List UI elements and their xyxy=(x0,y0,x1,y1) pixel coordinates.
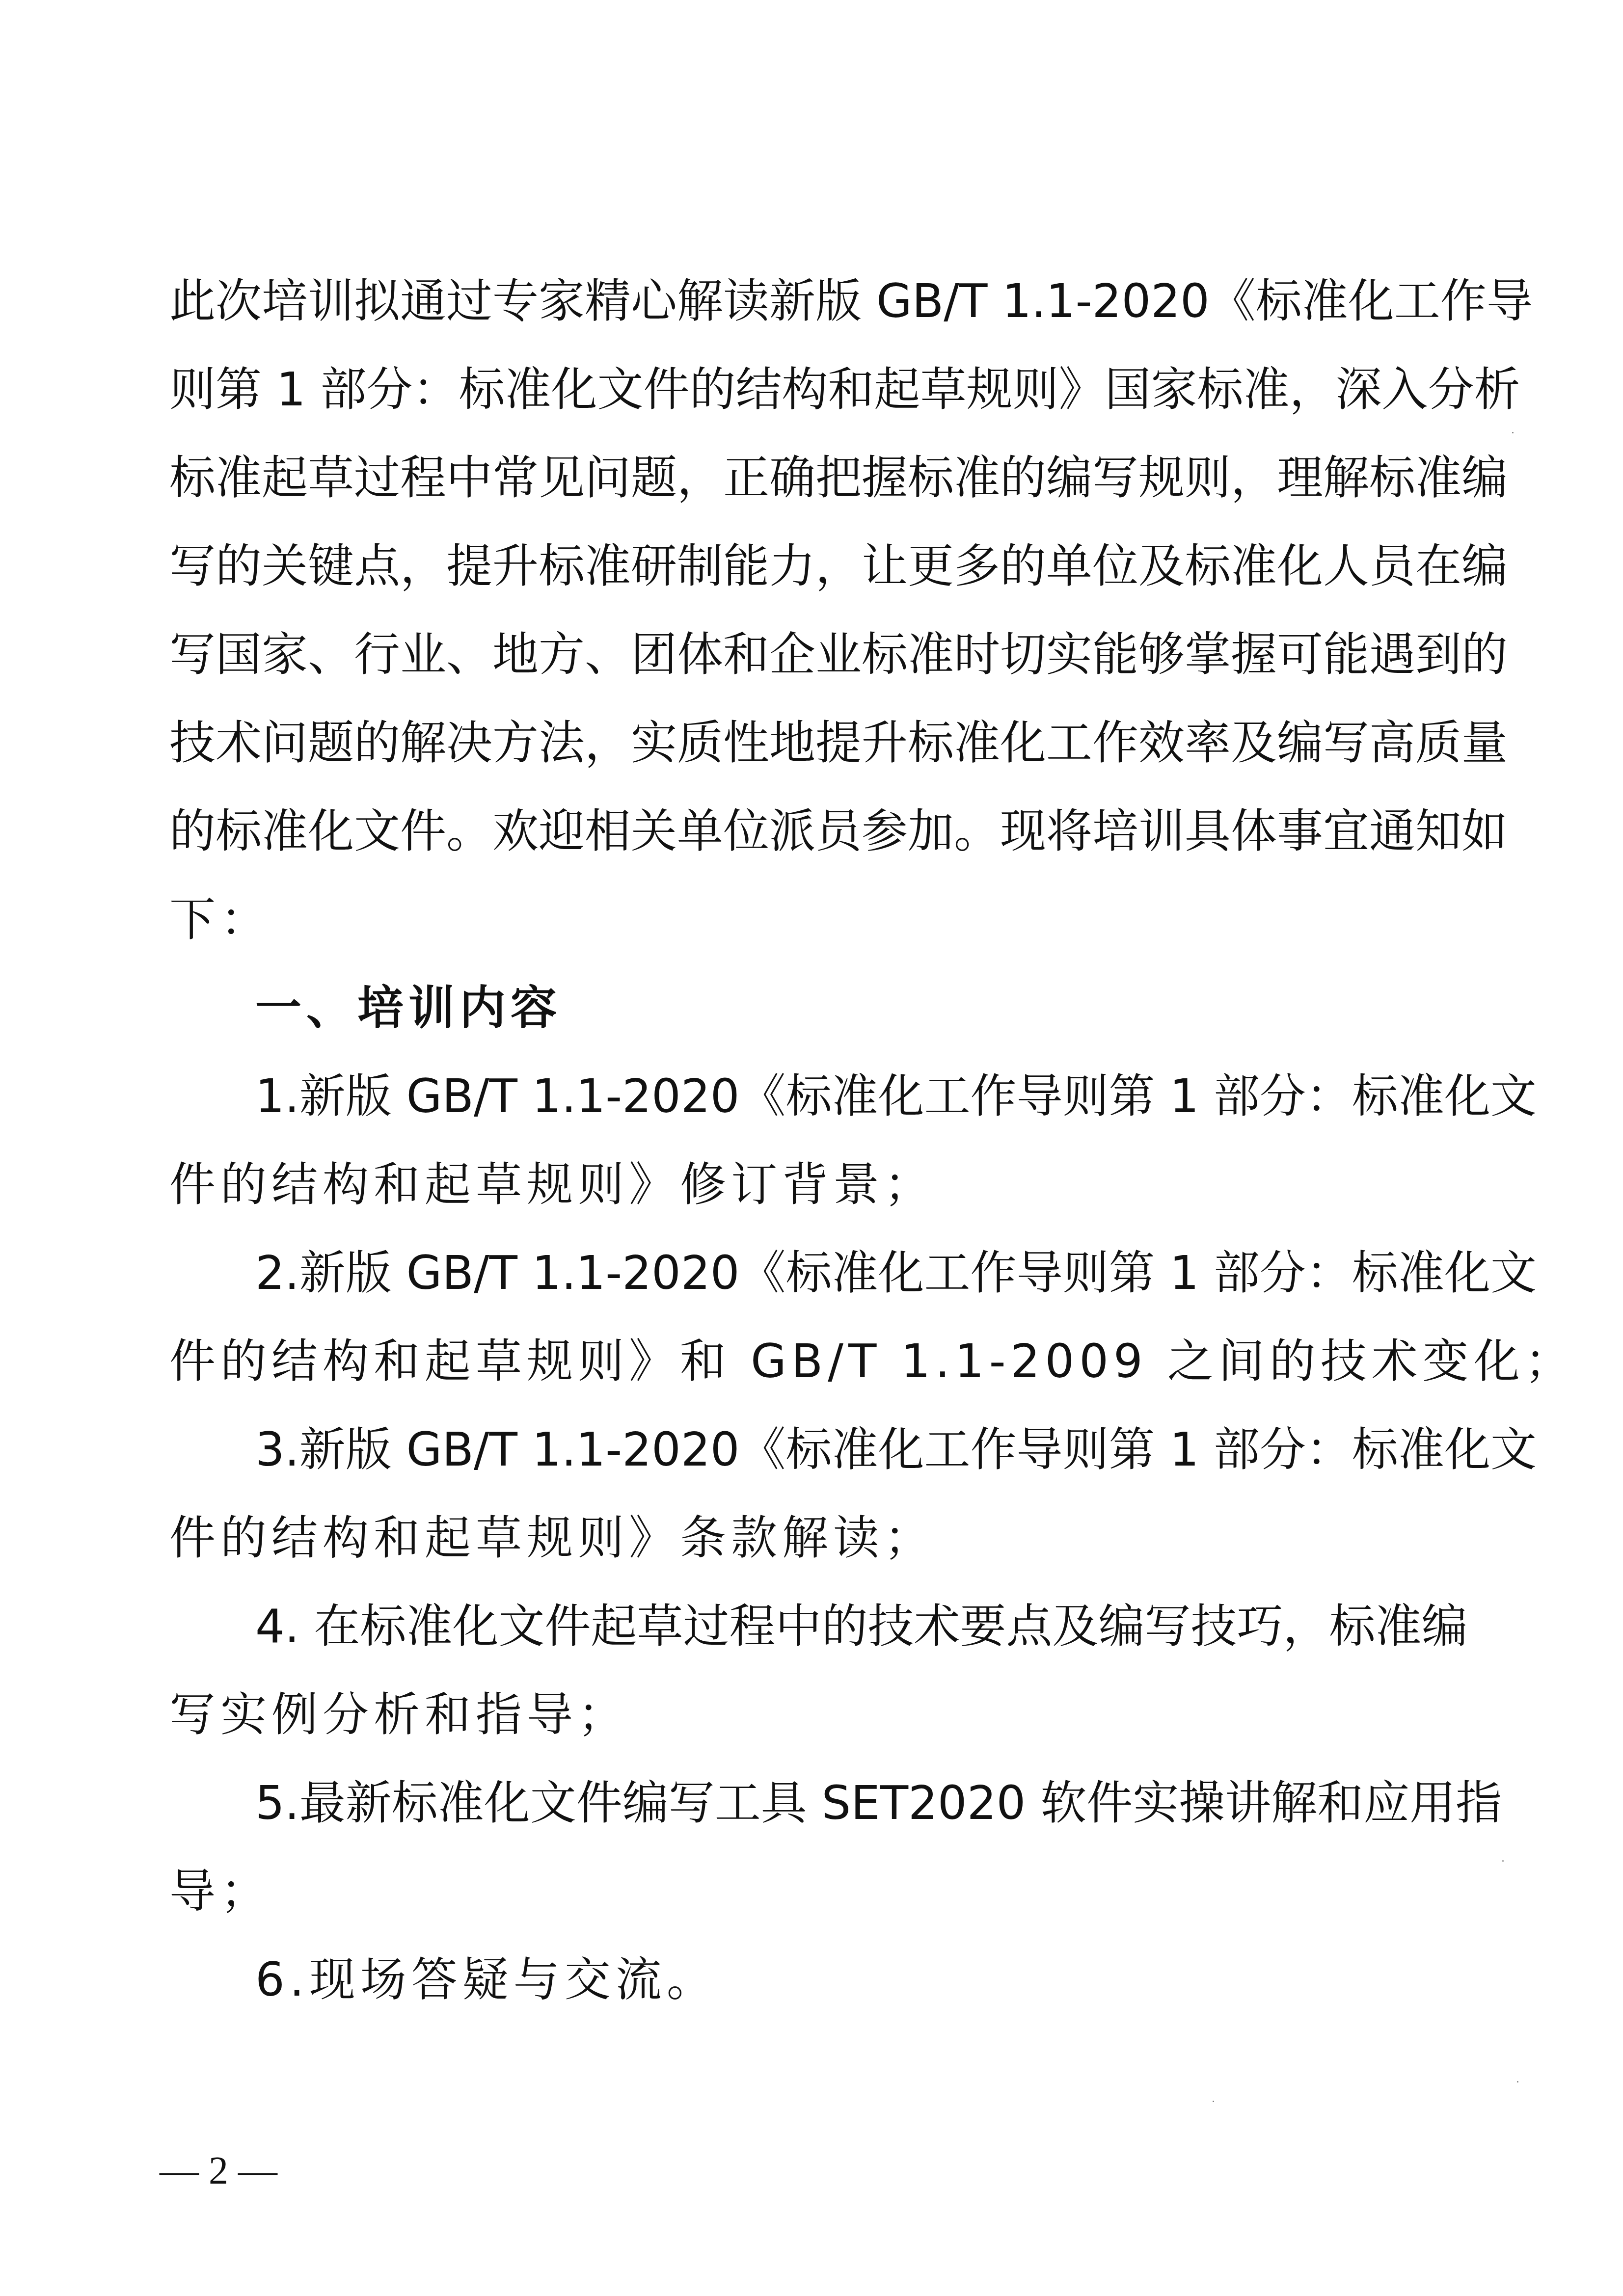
page-number: — 2 — xyxy=(160,2149,277,2193)
list-item-2-line-1: 2.新版 GB/T 1.1-2020《标准化工作导则第 1 部分：标准化文 xyxy=(255,1247,1434,1301)
scan-speck xyxy=(1517,2081,1518,2082)
scan-speck xyxy=(1213,2101,1214,2102)
intro-line-2: 则第 1 部分：标准化文件的结构和起草规则》国家标准，深入分析 xyxy=(169,363,1434,417)
list-item-5-line-2: 导； xyxy=(169,1865,271,1919)
list-item-3-line-2: 件的结构和起草规则》条款解读； xyxy=(169,1512,935,1566)
list-item-5-line-1: 5.最新标准化文件编写工具 SET2020 软件实操讲解和应用指 xyxy=(255,1777,1434,1831)
intro-line-6: 技术问题的解决方法，实质性地提升标准化工作效率及编写高质量 xyxy=(169,717,1434,771)
section-heading: 一、培训内容 xyxy=(255,982,562,1036)
intro-line-3: 标准起草过程中常见问题，正确把握标准的编写规则，理解标准编 xyxy=(169,452,1434,506)
intro-line-5: 写国家、行业、地方、团体和企业标准时切实能够掌握可能遇到的 xyxy=(169,628,1434,682)
list-item-3-line-1: 3.新版 GB/T 1.1-2020《标准化工作导则第 1 部分：标准化文 xyxy=(255,1423,1434,1477)
intro-line-4: 写的关键点，提升标准研制能力，让更多的单位及标准化人员在编 xyxy=(169,540,1434,594)
list-item-2-line-2: 件的结构和起草规则》和 GB/T 1.1-2009 之间的技术变化； xyxy=(169,1335,1576,1389)
intro-line-8: 下： xyxy=(169,893,271,947)
document-page: 此次培训拟通过专家精心解读新版 GB/T 1.1-2020《标准化工作导 则第 … xyxy=(0,0,1623,2296)
scan-speck xyxy=(1512,432,1514,433)
list-item-1-line-1: 1.新版 GB/T 1.1-2020《标准化工作导则第 1 部分：标准化文 xyxy=(255,1070,1434,1124)
list-item-4-line-1: 4. 在标准化文件起草过程中的技术要点及编写技巧，标准编 xyxy=(255,1600,1434,1654)
list-item-1-line-2: 件的结构和起草规则》修订背景； xyxy=(169,1158,935,1212)
intro-line-1: 此次培训拟通过专家精心解读新版 GB/T 1.1-2020《标准化工作导 xyxy=(169,275,1434,329)
intro-line-7: 的标准化文件。欢迎相关单位派员参加。现将培训具体事宜通知如 xyxy=(169,805,1434,859)
scan-speck xyxy=(1502,1860,1504,1862)
list-item-4-line-2: 写实例分析和指导； xyxy=(169,1688,629,1742)
list-item-6-line-1: 6.现场答疑与交流。 xyxy=(255,1953,718,2007)
